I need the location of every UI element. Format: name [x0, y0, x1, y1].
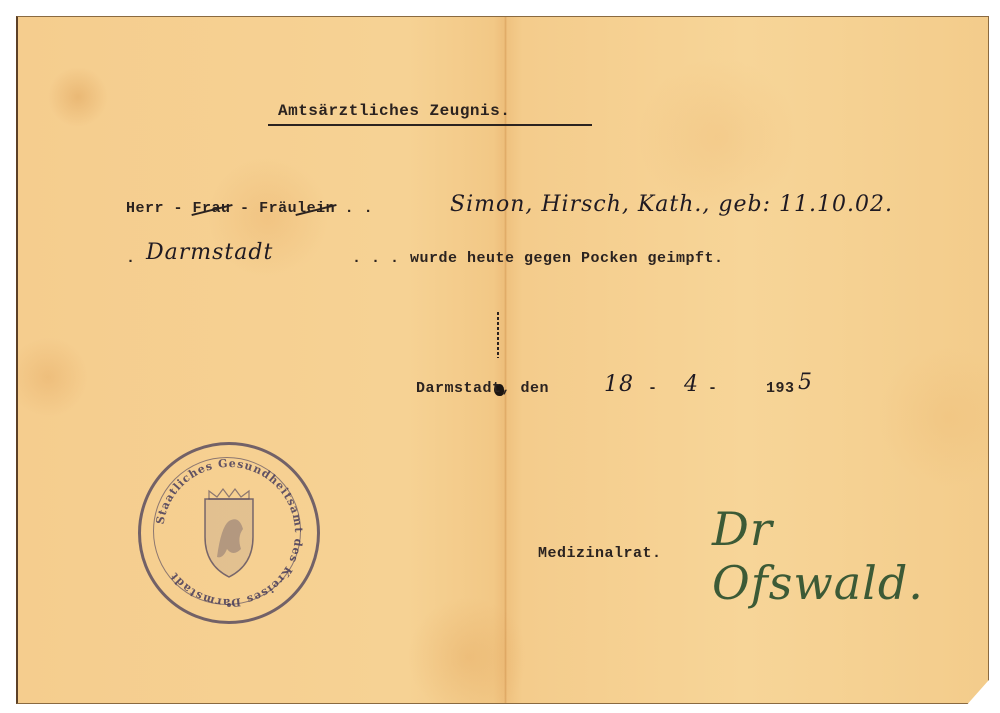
stamp-text-ring: Staatliches Gesundheitsamt des Kreises D…	[141, 445, 317, 621]
fold-dash-mark	[497, 312, 499, 358]
handwritten-name-and-birthdate: Simon, Hirsch, Kath., geb: 11.10.02.	[450, 192, 893, 217]
handwritten-residence: Darmstadt	[146, 240, 273, 265]
date-day: 18	[604, 372, 634, 397]
salutation-fraeulein: Fräulein	[259, 200, 335, 217]
document-title: Amtsärztliches Zeugnis.	[278, 102, 510, 120]
coat-of-arms-icon	[205, 489, 253, 577]
date-separator: -	[708, 380, 718, 397]
signature: Dr Ofswald.	[712, 502, 1000, 610]
date-month: 4	[684, 372, 699, 397]
salutation-line: Herr - Frau - Fräulein . .	[126, 200, 373, 217]
salutation-frau-struck: Frau	[193, 200, 231, 217]
date-separator: -	[648, 380, 658, 397]
salutation-herr: Herr	[126, 200, 164, 217]
date-prefix: Darmstadt, den	[416, 380, 549, 397]
place-dot-suffix: . . .	[352, 250, 400, 267]
place-dot-prefix: .	[126, 250, 136, 267]
title-underline	[268, 124, 592, 126]
date-year-typed: 193	[766, 380, 795, 397]
signatory-title: Medizinalrat.	[538, 545, 662, 562]
vaccination-statement: wurde heute gegen Pocken geimpft.	[410, 250, 724, 267]
date-year-handwritten: 5	[798, 370, 813, 395]
official-stamp: Staatliches Gesundheitsamt des Kreises D…	[138, 442, 320, 624]
